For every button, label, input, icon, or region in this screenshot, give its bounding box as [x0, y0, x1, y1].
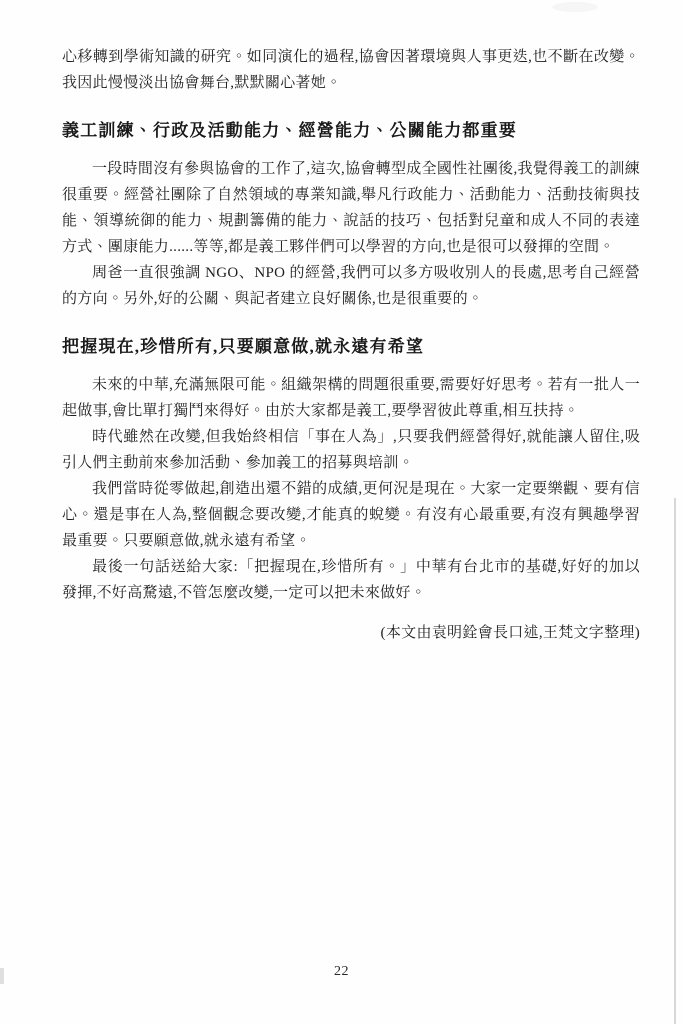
- scan-edge-shadow: [674, 498, 676, 1024]
- page-number: 22: [0, 964, 683, 980]
- section-paragraph: 周爸一直很強調 NGO、NPO 的經營,我們可以多方吸收別人的長處,思考自己經營…: [62, 260, 640, 312]
- section-paragraph: 未來的中華,充滿無限可能。組織架構的問題很重要,需要好好思考。若有一批人一起做事…: [62, 372, 640, 424]
- section-paragraph: 時代雖然在改變,但我始終相信「事在人為」,只要我們經營得好,就能讓人留住,吸引人…: [62, 424, 640, 476]
- document-text-block: 心移轉到學術知識的研究。如同演化的過程,協會因著環境與人事更迭,也不斷在改變。我…: [62, 44, 640, 646]
- scan-artifact-smudge: [552, 2, 598, 12]
- section-heading-volunteer-training: 義工訓練、行政及活動能力、經營能力、公關能力都重要: [62, 116, 640, 146]
- scan-artifact-mark: [0, 968, 4, 984]
- section-heading-seize-the-present: 把握現在,珍惜所有,只要願意做,就永遠有希望: [62, 332, 640, 362]
- document-page: 心移轉到學術知識的研究。如同演化的過程,協會因著環境與人事更迭,也不斷在改變。我…: [0, 0, 683, 1024]
- attribution-line: (本文由袁明銓會長口述,王梵文字整理): [62, 620, 640, 646]
- section-paragraph: 最後一句話送給大家:「把握現在,珍惜所有。」中華有台北市的基礎,好好的加以發揮,…: [62, 554, 640, 606]
- section-paragraph: 我們當時從零做起,創造出還不錯的成績,更何況是現在。大家一定要樂觀、要有信心。還…: [62, 476, 640, 554]
- section-paragraph: 一段時間沒有參與協會的工作了,這次,協會轉型成全國性社團後,我覺得義工的訓練很重…: [62, 156, 640, 260]
- intro-paragraph: 心移轉到學術知識的研究。如同演化的過程,協會因著環境與人事更迭,也不斷在改變。我…: [62, 44, 640, 96]
